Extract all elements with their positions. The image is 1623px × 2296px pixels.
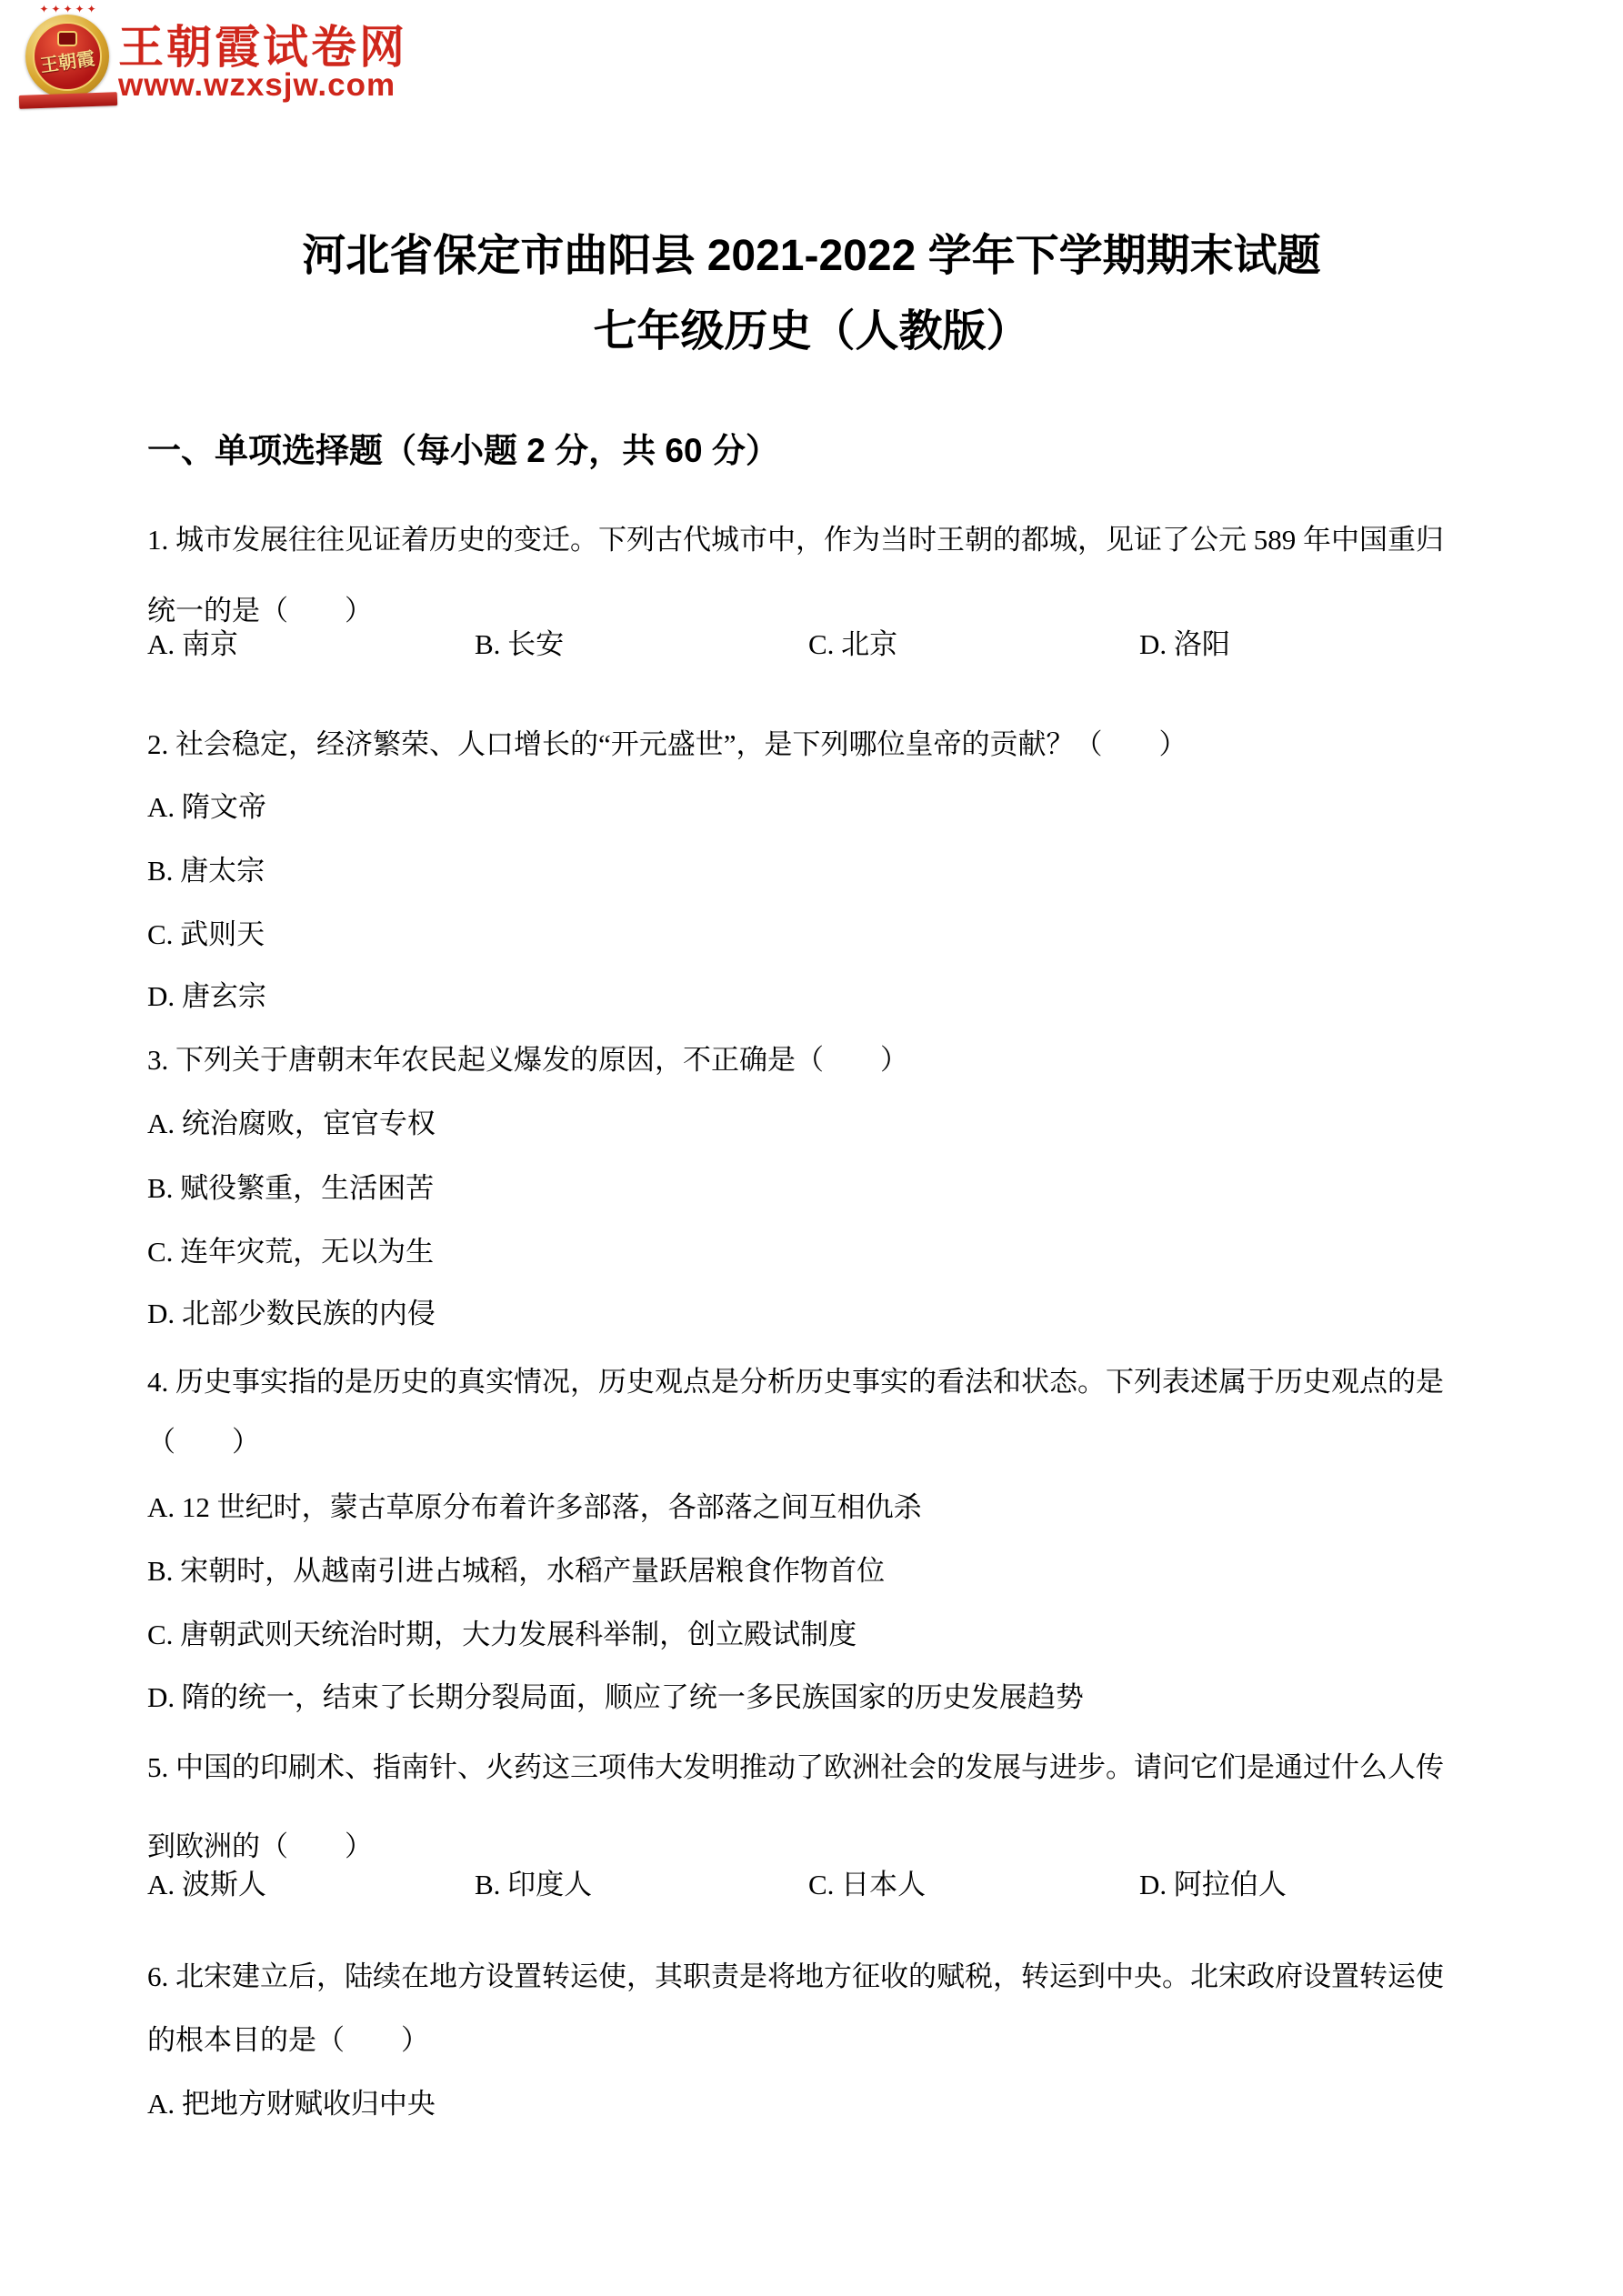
- question-4-option-b: B. 宋朝时，从越南引进占城稻，水稻产量跃居粮食作物首位: [147, 1554, 885, 1589]
- question-5-line-2: 到欧洲的（ ）: [147, 1830, 373, 1864]
- emblem-ribbon: [19, 92, 117, 109]
- question-5-option-d: D. 阿拉伯人: [1139, 1868, 1287, 1902]
- question-2-option-c: C. 武则天: [147, 917, 265, 952]
- question-2-option-a: A. 隋文帝: [147, 790, 266, 825]
- question-4-line-2: （ ）: [147, 1425, 260, 1459]
- question-4-line-1: 4. 历史事实指的是历史的真实情况，历史观点是分析历史事实的看法和状态。下列表述…: [147, 1365, 1444, 1399]
- question-1-option-d: D. 洛阳: [1139, 627, 1230, 662]
- paper-title-line-1: 河北省保定市曲阳县 2021-2022 学年下学期期末试题: [0, 220, 1623, 283]
- question-1-option-c: C. 北京: [808, 627, 1139, 662]
- question-3-option-b: B. 赋役繁重，生活困苦: [147, 1171, 434, 1206]
- logo-emblem: ✦✦✦✦✦ 王朝霞: [24, 5, 115, 107]
- site-url-text: www.wzxsjw.com: [118, 67, 396, 104]
- question-1-options: A. 南京 B. 长安 C. 北京 D. 洛阳: [147, 627, 1230, 662]
- question-2-option-b: B. 唐太宗: [147, 854, 265, 888]
- emblem-portrait: [57, 31, 77, 46]
- question-6-option-a: A. 把地方财赋收归中央: [147, 2087, 436, 2121]
- question-2-line-1: 2. 社会稳定，经济繁荣、人口增长的“开元盛世”，是下列哪位皇帝的贡献？（ ）: [147, 727, 1187, 762]
- question-1-option-b: B. 长安: [475, 627, 808, 662]
- question-5-line-1: 5. 中国的印刷术、指南针、火药这三项伟大发明推动了欧洲社会的发展与进步。请问它…: [147, 1750, 1444, 1785]
- emblem-name-text: 王朝霞: [33, 43, 101, 78]
- exam-paper-page: ✦✦✦✦✦ 王朝霞 王朝霞试卷网 www.wzxsjw.com 河北省保定市曲阳…: [0, 0, 1623, 2296]
- question-5-options: A. 波斯人 B. 印度人 C. 日本人 D. 阿拉伯人: [147, 1868, 1287, 1902]
- question-3-option-c: C. 连年灾荒，无以为生: [147, 1235, 434, 1269]
- question-6-line-1: 6. 北宋建立后，陆续在地方设置转运使，其职责是将地方征收的赋税，转运到中央。北…: [147, 1960, 1444, 1994]
- question-6-line-2: 的根本目的是（ ）: [147, 2023, 429, 2058]
- paper-title-line-2: 七年级历史（人教版）: [0, 296, 1623, 358]
- question-3-option-d: D. 北部少数民族的内侵: [147, 1297, 436, 1331]
- question-5-option-b: B. 印度人: [475, 1868, 808, 1902]
- question-1-line-1: 1. 城市发展往往见证着历史的变迁。下列古代城市中，作为当时王朝的都城，见证了公…: [147, 523, 1444, 557]
- question-1-option-a: A. 南京: [147, 627, 475, 662]
- section-heading: 一、单项选择题（每小题 2 分，共 60 分）: [147, 423, 779, 472]
- question-3-line-1: 3. 下列关于唐朝末年农民起义爆发的原因，不正确是（ ）: [147, 1043, 908, 1078]
- question-4-option-d: D. 隋的统一，结束了长期分裂局面，顺应了统一多民族国家的历史发展趋势: [147, 1680, 1084, 1715]
- question-1-line-2: 统一的是（ ）: [147, 594, 373, 628]
- question-2-option-d: D. 唐玄宗: [147, 979, 266, 1014]
- emblem-red-disc: 王朝霞: [33, 22, 102, 91]
- question-5-option-a: A. 波斯人: [147, 1868, 475, 1902]
- question-3-option-a: A. 统治腐败，宦官专权: [147, 1107, 436, 1141]
- question-5-option-c: C. 日本人: [808, 1868, 1139, 1902]
- question-4-option-a: A. 12 世纪时，蒙古草原分布着许多部落，各部落之间互相仇杀: [147, 1490, 922, 1525]
- question-4-option-c: C. 唐朝武则天统治时期，大力发展科举制，创立殿试制度: [147, 1618, 857, 1652]
